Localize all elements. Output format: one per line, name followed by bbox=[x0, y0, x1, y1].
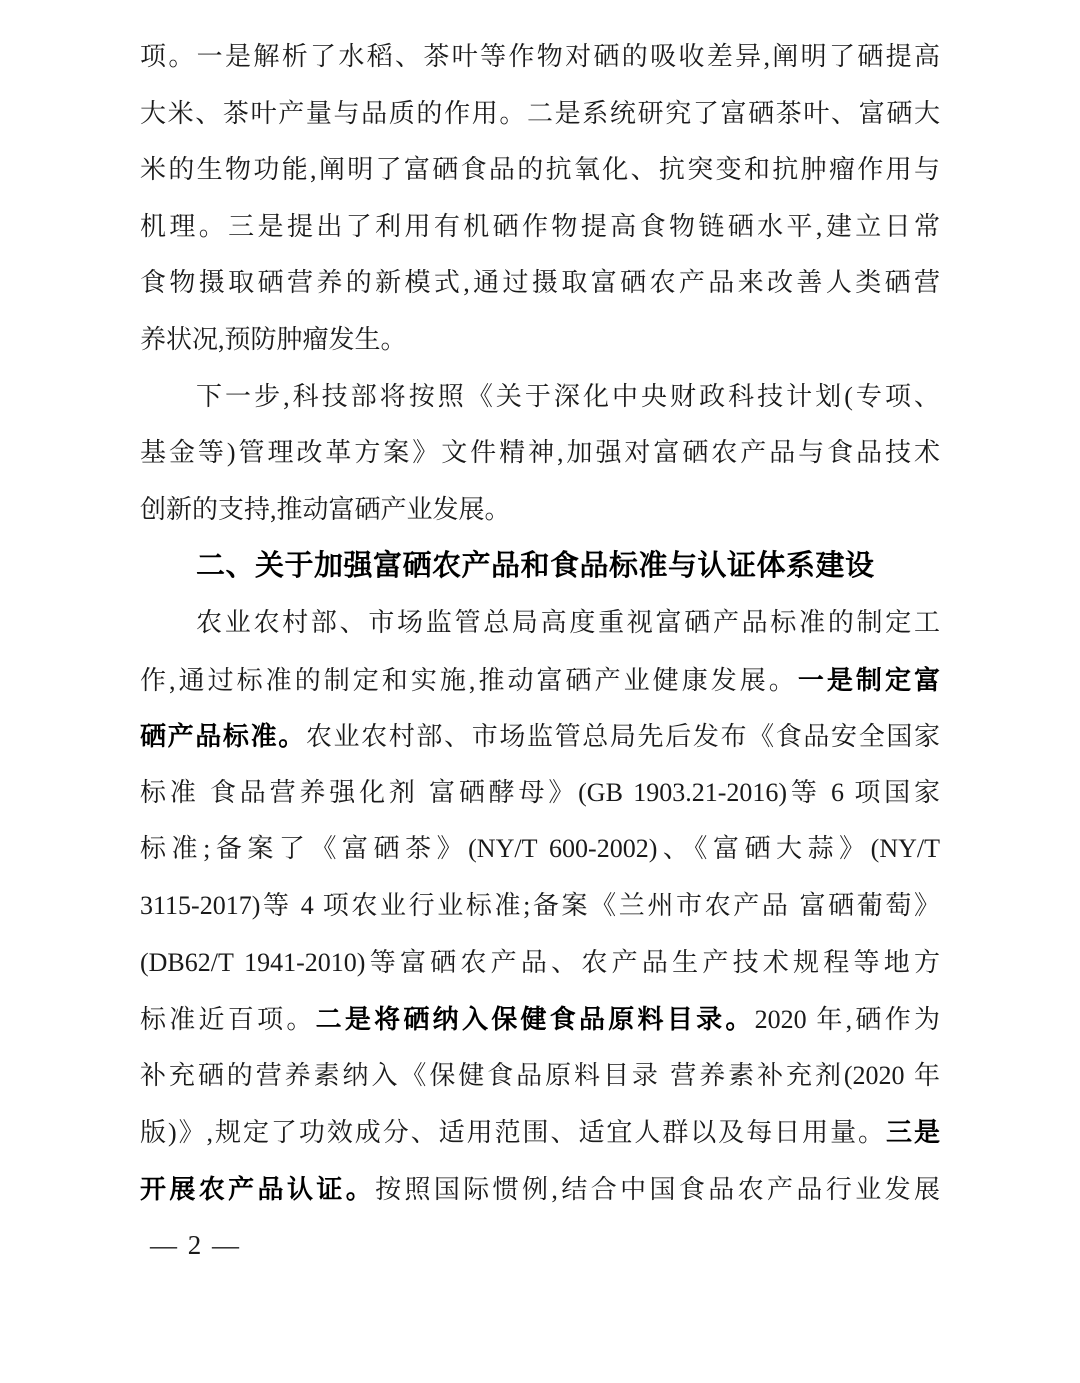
document-line: 大米、茶叶产量与品质的作用。二是系统研究了富硒茶叶、富硒大 bbox=[140, 86, 940, 143]
body-text: 机理。三是提出了利用有机硒作物提高食物链硒水平,建立日常 bbox=[140, 212, 940, 241]
emphasis-text: 一是制定富 bbox=[798, 665, 940, 695]
document-line: 食物摄取硒营养的新模式,通过摄取富硒农产品来改善人类硒营 bbox=[140, 255, 940, 312]
body-text: 米的生物功能,阐明了富硒食品的抗氧化、抗突变和抗肿瘤作用与 bbox=[140, 155, 940, 184]
emphasis-text: 三是 bbox=[886, 1117, 940, 1147]
body-text: 下一步,科技部将按照《关于深化中央财政科技计划(专项、 bbox=[196, 382, 940, 411]
body-text: 标准;备案了《富硒茶》(NY/T 600-2002)、《富硒大蒜》(NY/T bbox=[140, 834, 940, 863]
body-text: 作,通过标准的制定和实施,推动富硒产业健康发展。 bbox=[140, 666, 798, 695]
body-text: 大米、茶叶产量与品质的作用。二是系统研究了富硒茶叶、富硒大 bbox=[140, 99, 940, 128]
emphasis-text: 二是将硒纳入保健食品原料目录。 bbox=[316, 1004, 755, 1034]
emphasis-text: 二、关于加强富硒农产品和食品标准与认证体系建设 bbox=[196, 550, 875, 582]
body-text: 农业农村部、市场监管总局高度重视富硒产品标准的制定工 bbox=[196, 608, 940, 637]
document-line: 版)》,规定了功效成分、适用范围、适宜人群以及每日用量。三是 bbox=[140, 1104, 940, 1161]
document-line: 下一步,科技部将按照《关于深化中央财政科技计划(专项、 bbox=[140, 369, 940, 426]
body-text: 2020 年,硒作为 bbox=[755, 1005, 940, 1034]
body-text: 基金等)管理改革方案》文件精神,加强对富硒农产品与食品技术 bbox=[140, 438, 940, 467]
document-line: 硒产品标准。农业农村部、市场监管总局先后发布《食品安全国家 bbox=[140, 708, 940, 765]
section-heading: 二、关于加强富硒农产品和食品标准与认证体系建设 bbox=[140, 538, 940, 595]
document-line: 米的生物功能,阐明了富硒食品的抗氧化、抗突变和抗肿瘤作用与 bbox=[140, 142, 940, 199]
body-text: 养状况,预防肿瘤发生。 bbox=[140, 325, 407, 354]
body-text: 补充硒的营养素纳入《保健食品原料目录 营养素补充剂(2020 年 bbox=[140, 1061, 940, 1090]
page-number: — 2 — bbox=[150, 1217, 241, 1273]
body-text: 标准近百项。 bbox=[140, 1005, 316, 1034]
emphasis-text: 硒产品标准。 bbox=[140, 721, 306, 751]
document-line: (DB62/T 1941-2010)等富硒农产品、农产品生产技术规程等地方 bbox=[140, 935, 940, 992]
body-text: 农业农村部、市场监管总局先后发布《食品安全国家 bbox=[306, 722, 940, 751]
document-line: 标准 食品营养强化剂 富硒酵母》(GB 1903.21-2016)等 6 项国家 bbox=[140, 765, 940, 822]
document-line: 机理。三是提出了利用有机硒作物提高食物链硒水平,建立日常 bbox=[140, 199, 940, 256]
body-text: 标准 食品营养强化剂 富硒酵母》(GB 1903.21-2016)等 6 项国家 bbox=[140, 778, 940, 807]
body-text: (DB62/T 1941-2010)等富硒农产品、农产品生产技术规程等地方 bbox=[140, 948, 940, 977]
body-text: 食物摄取硒营养的新模式,通过摄取富硒农产品来改善人类硒营 bbox=[140, 268, 940, 297]
document-line: 基金等)管理改革方案》文件精神,加强对富硒农产品与食品技术 bbox=[140, 425, 940, 482]
body-text: 按照国际惯例,结合中国食品农产品行业发展 bbox=[375, 1175, 940, 1204]
body-text: 创新的支持,推动富硒产业发展。 bbox=[140, 495, 511, 524]
document-line: 养状况,预防肿瘤发生。 bbox=[140, 312, 940, 369]
document-body: 项。一是解析了水稻、茶叶等作物对硒的吸收差异,阐明了硒提高大米、茶叶产量与品质的… bbox=[140, 29, 940, 1217]
document-line: 补充硒的营养素纳入《保健食品原料目录 营养素补充剂(2020 年 bbox=[140, 1048, 940, 1105]
body-text: 3115-2017)等 4 项农业行业标准;备案《兰州市农产品 富硒葡萄》 bbox=[140, 891, 940, 920]
body-text: 项。一是解析了水稻、茶叶等作物对硒的吸收差异,阐明了硒提高 bbox=[140, 42, 940, 71]
document-line: 项。一是解析了水稻、茶叶等作物对硒的吸收差异,阐明了硒提高 bbox=[140, 29, 940, 86]
emphasis-text: 开展农产品认证。 bbox=[140, 1174, 375, 1204]
document-page: 项。一是解析了水稻、茶叶等作物对硒的吸收差异,阐明了硒提高大米、茶叶产量与品质的… bbox=[0, 0, 1080, 1383]
document-line: 农业农村部、市场监管总局高度重视富硒产品标准的制定工 bbox=[140, 595, 940, 652]
document-line: 标准近百项。二是将硒纳入保健食品原料目录。2020 年,硒作为 bbox=[140, 991, 940, 1048]
document-line: 开展农产品认证。按照国际惯例,结合中国食品农产品行业发展 bbox=[140, 1161, 940, 1218]
body-text: 版)》,规定了功效成分、适用范围、适宜人群以及每日用量。 bbox=[140, 1118, 886, 1147]
document-line: 3115-2017)等 4 项农业行业标准;备案《兰州市农产品 富硒葡萄》 bbox=[140, 878, 940, 935]
document-line: 作,通过标准的制定和实施,推动富硒产业健康发展。一是制定富 bbox=[140, 652, 940, 709]
document-line: 标准;备案了《富硒茶》(NY/T 600-2002)、《富硒大蒜》(NY/T bbox=[140, 821, 940, 878]
document-line: 创新的支持,推动富硒产业发展。 bbox=[140, 482, 940, 539]
